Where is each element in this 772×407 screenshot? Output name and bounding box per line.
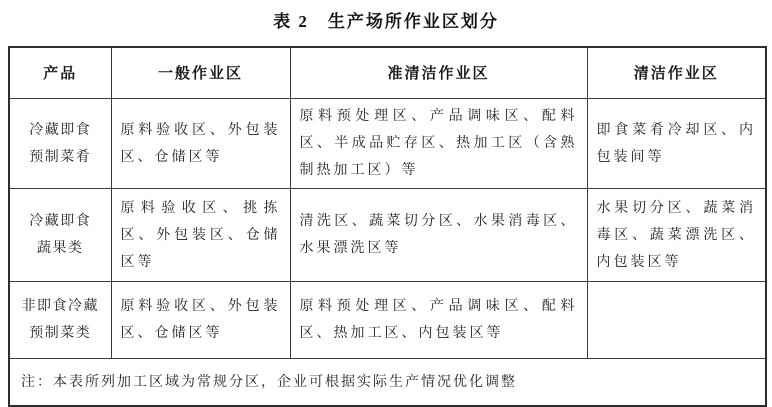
quasi-clean-area-value: 原料预处理区、产品调味区、配料区、热加工区、内包装区等 — [290, 282, 587, 359]
clean-area-value: 即食菜肴冷却区、内包装间等 — [587, 99, 766, 189]
table-title: 表 2 生产场所作业区划分 — [0, 7, 772, 32]
table-row: 非即食冷藏 预制菜类 原料验收区、外包装区、仓储区等 原料预处理区、产品调味区、… — [9, 282, 766, 359]
header-product: 产品 — [9, 47, 111, 99]
clean-area-value: 水果切分区、蔬菜消毒区、蔬菜漂洗区、内包装区等 — [587, 189, 766, 282]
general-area-value: 原料验收区、外包装区、仓储区等 — [111, 99, 290, 189]
quasi-clean-area-value: 清洗区、蔬菜切分区、水果消毒区、水果漂洗区等 — [290, 189, 587, 282]
document-page: 表 2 生产场所作业区划分 产品 一般作业区 准清洁作业区 清洁作业区 冷藏即食… — [0, 0, 772, 392]
zone-division-table: 产品 一般作业区 准清洁作业区 清洁作业区 冷藏即食 预制菜肴 原料验收区、外包… — [8, 46, 767, 407]
general-area-value: 原料验收区、挑拣区、外包装区、仓储区等 — [111, 189, 290, 282]
table-row: 冷藏即食 蔬果类 原料验收区、挑拣区、外包装区、仓储区等 清洗区、蔬菜切分区、水… — [9, 189, 766, 282]
product-name: 冷藏即食 蔬果类 — [9, 189, 111, 282]
product-name: 非即食冷藏 预制菜类 — [9, 282, 111, 359]
product-name: 冷藏即食 预制菜肴 — [9, 99, 111, 189]
clean-area-value — [587, 282, 766, 359]
header-clean-area: 清洁作业区 — [587, 47, 766, 99]
table-row: 冷藏即食 预制菜肴 原料验收区、外包装区、仓储区等 原料预处理区、产品调味区、配… — [9, 99, 766, 189]
table-header-row: 产品 一般作业区 准清洁作业区 清洁作业区 — [9, 47, 766, 99]
general-area-value: 原料验收区、外包装区、仓储区等 — [111, 282, 290, 359]
header-quasi-clean-area: 准清洁作业区 — [290, 47, 587, 99]
table-note-row: 注：本表所列加工区域为常规分区，企业可根据实际生产情况优化调整 — [9, 359, 766, 407]
table-note: 注：本表所列加工区域为常规分区，企业可根据实际生产情况优化调整 — [9, 359, 766, 407]
quasi-clean-area-value: 原料预处理区、产品调味区、配料区、半成品贮存区、热加工区（含熟制热加工区）等 — [290, 99, 587, 189]
header-general-area: 一般作业区 — [111, 47, 290, 99]
